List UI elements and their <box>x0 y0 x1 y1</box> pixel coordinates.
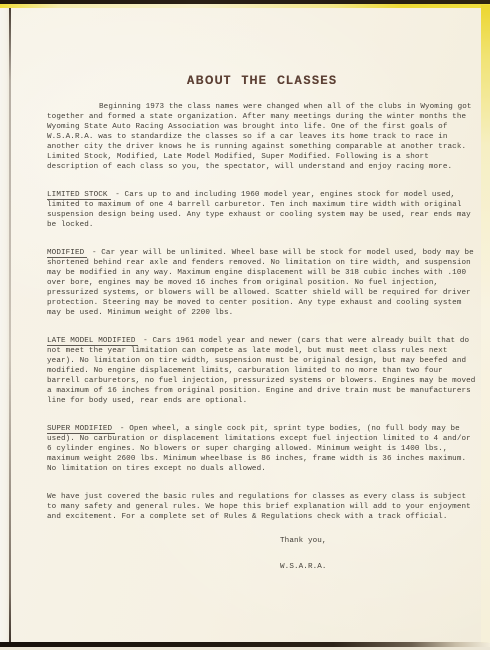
signoff-org: W.S.A.R.A. <box>280 562 477 572</box>
yellow-cover-strip-right <box>481 5 490 643</box>
page-left-crease-line <box>9 4 11 644</box>
section-limited-stock: LIMITED STOCK - Cars up to and including… <box>47 190 477 230</box>
page-content: ABOUT THE CLASSES Beginning 1973 the cla… <box>47 74 477 588</box>
section-modified: MODIFIED - Car year will be unlimited. W… <box>47 248 477 318</box>
signoff: Thank you, W.S.A.R.A. <box>280 536 477 572</box>
section-body-modified: - Car year will be unlimited. Wheel base… <box>47 249 474 317</box>
section-body-late-model-modified: - Cars 1961 model year and newer (cars t… <box>47 337 475 405</box>
yellow-cover-strip-top <box>0 4 490 8</box>
intro-paragraph: Beginning 1973 the class names were chan… <box>47 102 477 172</box>
scanned-page: ABOUT THE CLASSES Beginning 1973 the cla… <box>0 0 490 650</box>
closing-paragraph: We have just covered the basic rules and… <box>47 492 477 522</box>
section-heading-limited-stock: LIMITED STOCK <box>47 191 111 200</box>
page-title: ABOUT THE CLASSES <box>64 74 460 89</box>
section-heading-modified: MODIFIED <box>47 249 87 258</box>
section-heading-late-model-modified: LATE MODEL MODIFIED <box>47 337 138 346</box>
scan-left-margin <box>0 5 9 643</box>
section-heading-super-modified: SUPER MODIFIED <box>47 425 115 434</box>
section-super-modified: SUPER MODIFIED - Open wheel, a single co… <box>47 424 477 474</box>
section-body-limited-stock: - Cars up to and including 1960 model ye… <box>47 191 471 229</box>
signoff-thanks: Thank you, <box>280 536 477 546</box>
section-late-model-modified: LATE MODEL MODIFIED - Cars 1961 model ye… <box>47 336 477 406</box>
